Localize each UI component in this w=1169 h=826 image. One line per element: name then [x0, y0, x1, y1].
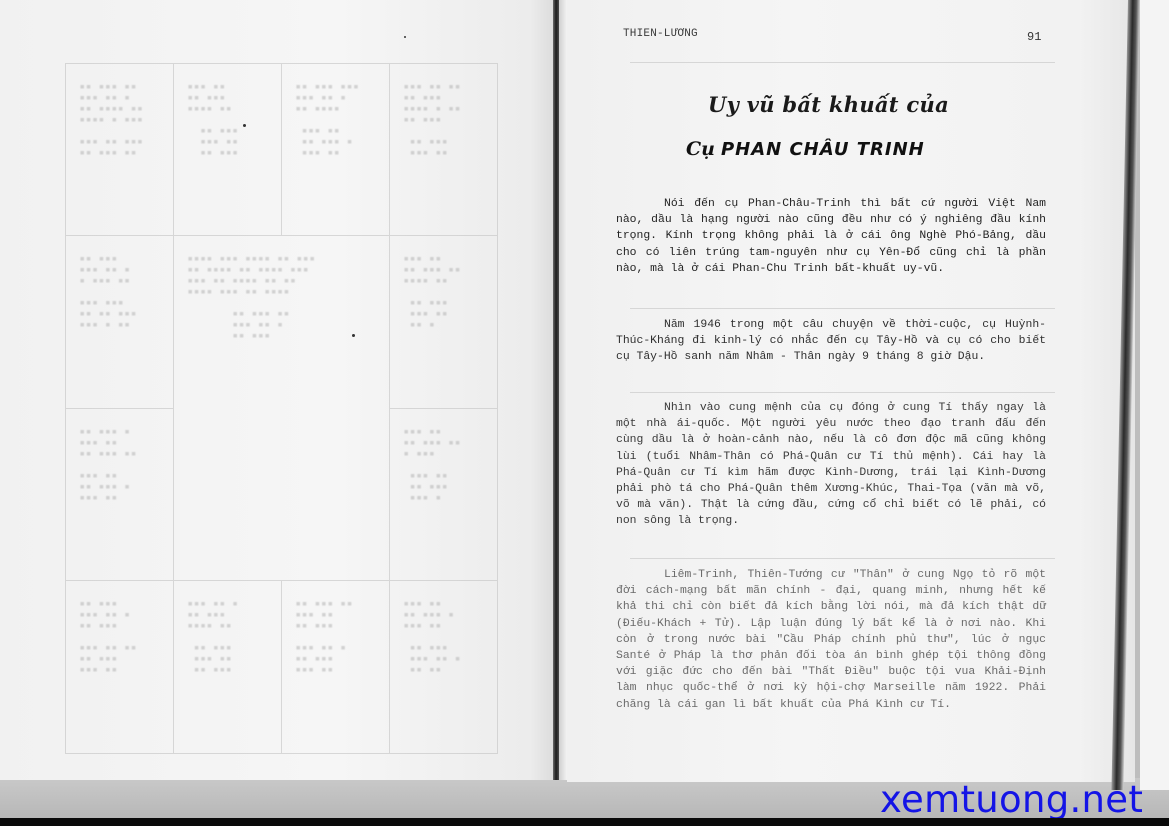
- horoscope-chart-grid: ▪▪ ▪▪▪ ▪▪ ▪▪▪ ▪▪ ▪ ▪▪ ▪▪▪▪ ▪▪ ▪▪▪▪ ▪ ▪▪▪…: [65, 63, 497, 753]
- chart-cell: ▪▪▪ ▪▪ ▪▪ ▪▪▪ ▪▪ ▪ ▪▪▪ ▪▪▪ ▪▪ ▪▪ ▪▪▪ ▪▪▪…: [389, 408, 498, 582]
- title-name: PHAN CHÂU TRINH: [721, 139, 925, 160]
- chart-cell: ▪▪ ▪▪▪ ▪▪▪ ▪▪▪ ▪▪ ▪ ▪▪ ▪▪▪▪ ▪▪▪ ▪▪ ▪▪ ▪▪…: [281, 63, 390, 237]
- chart-cell: ▪▪ ▪▪▪ ▪▪▪ ▪▪ ▪ ▪▪ ▪▪▪ ▪▪▪ ▪▪ ▪▪ ▪▪ ▪▪▪ …: [65, 580, 174, 754]
- chart-cell: ▪▪▪ ▪▪ ▪▪ ▪▪▪ ▪▪ ▪▪▪▪ ▪▪ ▪▪ ▪▪▪ ▪▪▪ ▪▪ ▪…: [389, 235, 498, 409]
- chart-center-cell: ▪▪▪▪ ▪▪▪ ▪▪▪▪ ▪▪ ▪▪▪ ▪▪ ▪▪▪▪ ▪▪ ▪▪▪▪ ▪▪▪…: [173, 235, 390, 581]
- chart-cell: ▪▪ ▪▪▪ ▪▪ ▪▪▪ ▪▪ ▪ ▪▪ ▪▪▪▪ ▪▪ ▪▪▪▪ ▪ ▪▪▪…: [65, 63, 174, 237]
- scan-speck: [243, 124, 246, 127]
- chart-cell: ▪▪▪ ▪▪ ▪▪ ▪▪▪ ▪▪▪▪ ▪▪ ▪▪ ▪▪▪ ▪▪▪ ▪▪ ▪▪ ▪…: [173, 63, 282, 237]
- chart-cell: ▪▪ ▪▪▪ ▪ ▪▪▪ ▪▪ ▪▪ ▪▪▪ ▪▪ ▪▪▪ ▪▪ ▪▪ ▪▪▪ …: [65, 408, 174, 582]
- scan-bottom-edge: [0, 818, 1169, 826]
- bleed-through-rule: [630, 62, 1055, 63]
- bleed-through-rule: [630, 558, 1055, 559]
- paragraph-text: Liêm-Trinh, Thiên-Tướng cư "Thân" ở cung…: [616, 567, 1046, 713]
- paragraph-1: Nói đến cụ Phan-Châu-Trinh thì bất cứ ng…: [616, 196, 1046, 277]
- title-prefix: Cụ: [686, 138, 715, 160]
- chart-cell: ▪▪▪ ▪▪ ▪▪ ▪▪ ▪▪▪ ▪▪▪▪ ▪ ▪▪ ▪▪ ▪▪▪ ▪▪ ▪▪▪…: [389, 63, 498, 237]
- chapter-title-line-2: CụPHAN CHÂU TRINH: [686, 138, 925, 160]
- scan-speck: [352, 334, 355, 337]
- paragraph-4: Liêm-Trinh, Thiên-Tướng cư "Thân" ở cung…: [616, 567, 1046, 713]
- paragraph-text: Nói đến cụ Phan-Châu-Trinh thì bất cứ ng…: [616, 196, 1046, 277]
- left-page: ▪▪ ▪▪▪ ▪▪ ▪▪▪ ▪▪ ▪ ▪▪ ▪▪▪▪ ▪▪ ▪▪▪▪ ▪ ▪▪▪…: [0, 0, 558, 780]
- page-number: 91: [1027, 30, 1041, 44]
- chart-cell: ▪▪ ▪▪▪ ▪▪▪ ▪▪ ▪ ▪ ▪▪▪ ▪▪ ▪▪▪ ▪▪▪ ▪▪ ▪▪ ▪…: [65, 235, 174, 409]
- bleed-through-rule: [630, 308, 1055, 309]
- scan-margin: [1140, 0, 1169, 790]
- site-watermark: xemtuong.net: [880, 780, 1143, 820]
- scan-speck: [404, 36, 406, 38]
- paragraph-3: Nhìn vào cung mệnh của cụ đóng ở cung Tí…: [616, 400, 1046, 530]
- paragraph-2: Năm 1946 trong một câu chuyện về thời-cu…: [616, 317, 1046, 366]
- paragraph-text: Nhìn vào cung mệnh của cụ đóng ở cung Tí…: [616, 400, 1046, 530]
- book-scan: ▪▪ ▪▪▪ ▪▪ ▪▪▪ ▪▪ ▪ ▪▪ ▪▪▪▪ ▪▪ ▪▪▪▪ ▪ ▪▪▪…: [0, 0, 1169, 826]
- bleed-through-rule: [630, 392, 1055, 393]
- running-head: THIEN-LƯƠNG: [623, 28, 698, 40]
- chart-cell: ▪▪▪ ▪▪ ▪▪ ▪▪▪ ▪ ▪▪▪ ▪▪ ▪▪ ▪▪▪ ▪▪▪ ▪▪ ▪ ▪…: [389, 580, 498, 754]
- chart-cell: ▪▪▪ ▪▪ ▪ ▪▪ ▪▪▪ ▪▪▪▪ ▪▪ ▪▪ ▪▪▪ ▪▪▪ ▪▪ ▪▪…: [173, 580, 282, 754]
- paragraph-text: Năm 1946 trong một câu chuyện về thời-cu…: [616, 317, 1046, 366]
- chapter-title-line-1: Uy vũ bất khuất của: [708, 92, 949, 117]
- chart-cell: ▪▪ ▪▪▪ ▪▪ ▪▪▪ ▪▪ ▪▪ ▪▪▪ ▪▪▪ ▪▪ ▪ ▪▪ ▪▪▪ …: [281, 580, 390, 754]
- gutter-gap: [559, 0, 567, 780]
